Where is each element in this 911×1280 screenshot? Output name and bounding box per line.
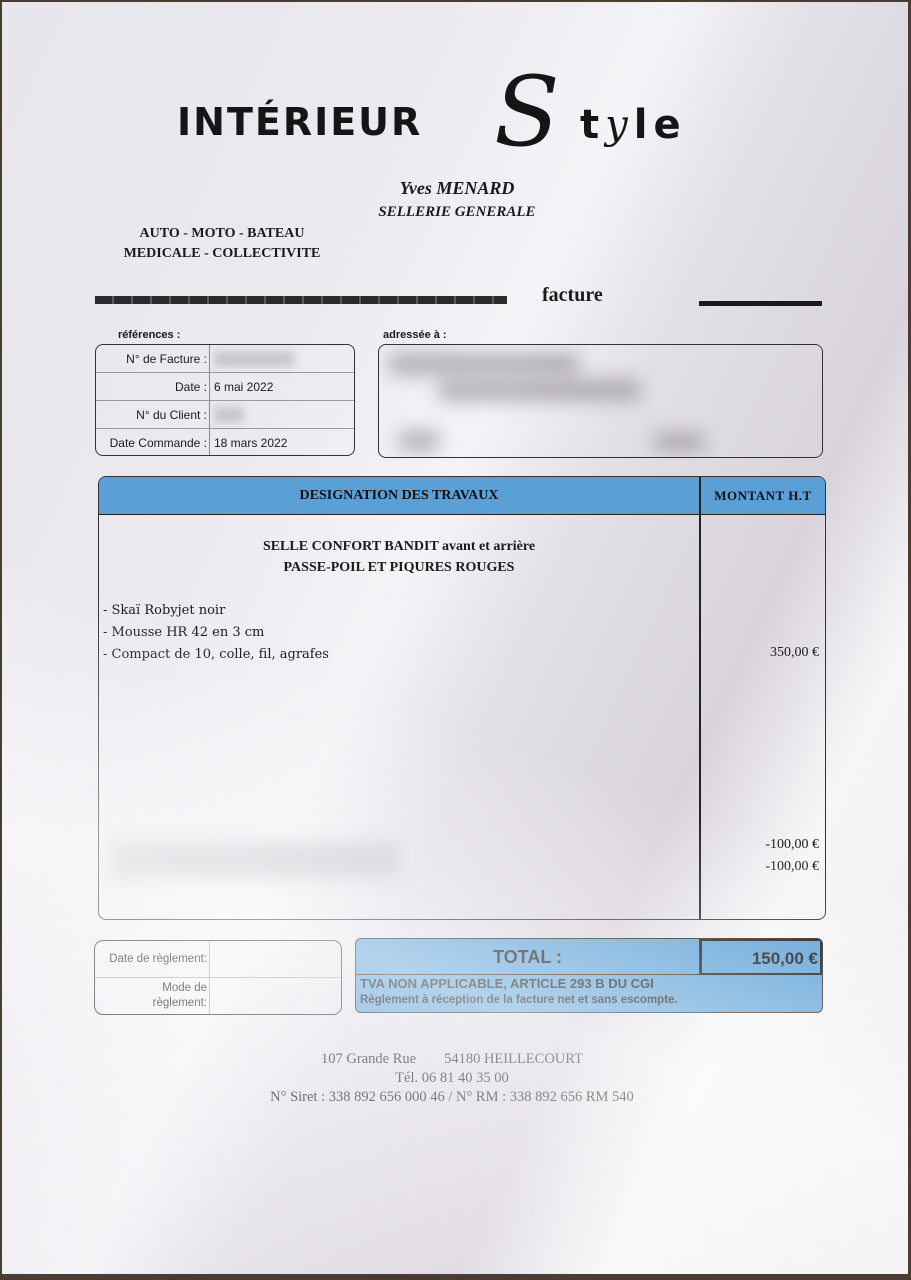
owner-name: Yves MENARD (342, 178, 572, 199)
item-title-line-1: SELLE CONFORT BANDIT avant et arrière (99, 539, 699, 555)
brand-letters-le: le (634, 102, 687, 148)
ref-row-date: Date : 6 mai 2022 (96, 373, 354, 401)
recipient-address-box (378, 344, 823, 458)
item-detail: - Skaï Robyjet noir (103, 603, 225, 618)
document-type-title: facture (542, 284, 603, 307)
company-footer: 107 Grande Rue54180 HEILLECOURT Tél. 06 … (232, 1050, 672, 1107)
redacted-blur (214, 407, 244, 423)
item-detail: - Mousse HR 42 en 3 cm (103, 625, 264, 640)
redacted-discount-labels (109, 843, 399, 879)
brand-letter-y: y (605, 102, 634, 148)
owner-activity: SELLERIE GENERALE (332, 204, 582, 221)
address-label: adressée à : (383, 329, 447, 341)
payment-date-value (210, 941, 341, 977)
payment-mode-row: Mode de règlement: (95, 978, 341, 1014)
payment-box: Date de règlement: Mode de règlement: (94, 940, 342, 1015)
redacted-blur (654, 433, 704, 451)
payment-date-label: Date de règlement: (95, 941, 210, 977)
decorative-rule-right (699, 301, 822, 306)
redacted-blur (214, 351, 294, 367)
payment-mode-label-line-2: règlement: (95, 996, 207, 1011)
ref-row-invoice-number: N° de Facture : (96, 345, 354, 373)
business-sectors: AUTO - MOTO - BATEAU MEDICALE - COLLECTI… (102, 224, 342, 264)
item-detail: - Compact de 10, colle, fil, agrafes (103, 647, 329, 662)
references-label: références : (118, 329, 180, 341)
footer-phone: Tél. 06 81 40 35 00 (232, 1069, 672, 1088)
decorative-rule-left (95, 296, 507, 304)
brand-wordmark: INTÉRIEUR (177, 100, 422, 144)
payment-mode-value (210, 978, 341, 1014)
invoice-page: INTÉRIEUR S tyle Yves MENARD SELLERIE GE… (2, 2, 908, 1274)
footer-city: 54180 HEILLECOURT (444, 1051, 583, 1067)
ref-key: Date Commande : (96, 429, 210, 456)
brand-letter-t: t (580, 102, 605, 148)
column-header-designation: DESIGNATION DES TRAVAUX (99, 477, 699, 514)
ref-key: Date : (96, 373, 210, 400)
payment-date-row: Date de règlement: (95, 941, 341, 978)
redacted-blur (399, 431, 439, 451)
column-header-amount: MONTANT H.T (700, 477, 826, 514)
total-box: TOTAL : 150,00 € TVA NON APPLICABLE, ART… (355, 938, 823, 1013)
brand-script-initial: S (494, 64, 560, 160)
ref-row-client-number: N° du Client : (96, 401, 354, 429)
discount-amount: -100,00 € (765, 837, 819, 853)
sectors-line-1: AUTO - MOTO - BATEAU (102, 224, 342, 244)
references-box: N° de Facture : Date : 6 mai 2022 N° du … (95, 344, 355, 456)
brand-script-rest: tyle (580, 102, 687, 148)
column-divider (699, 477, 701, 919)
payment-mode-label-line-1: Mode de (95, 981, 207, 996)
tva-note: TVA NON APPLICABLE, ARTICLE 293 B DU CGI (360, 976, 654, 991)
total-value: 150,00 € (700, 939, 822, 975)
ref-key: N° du Client : (96, 401, 210, 428)
payment-mode-label: Mode de règlement: (95, 978, 210, 1014)
sectors-line-2: MEDICALE - COLLECTIVITE (102, 244, 342, 264)
item-title-line-2: PASSE-POIL ET PIQURES ROUGES (99, 560, 699, 576)
redacted-blur (439, 379, 639, 401)
payment-terms-note: Règlement à réception de la facture net … (360, 994, 678, 1006)
works-table: DESIGNATION DES TRAVAUX MONTANT H.T SELL… (98, 476, 826, 920)
ref-value: 6 mai 2022 (210, 373, 354, 400)
footer-street: 107 Grande Rue (321, 1051, 416, 1067)
footer-address-line: 107 Grande Rue54180 HEILLECOURT (232, 1050, 672, 1069)
ref-row-order-date: Date Commande : 18 mars 2022 (96, 429, 354, 456)
discount-amount: -100,00 € (765, 859, 819, 875)
item-amount: 350,00 € (770, 645, 819, 661)
ref-value-redacted (210, 401, 354, 428)
ref-value-redacted (210, 345, 354, 372)
ref-key: N° de Facture : (96, 345, 210, 372)
ref-value: 18 mars 2022 (210, 429, 354, 456)
total-label: TOTAL : (356, 939, 700, 975)
footer-registration: N° Siret : 338 892 656 000 46 / N° RM : … (232, 1088, 672, 1107)
redacted-blur (389, 353, 579, 375)
